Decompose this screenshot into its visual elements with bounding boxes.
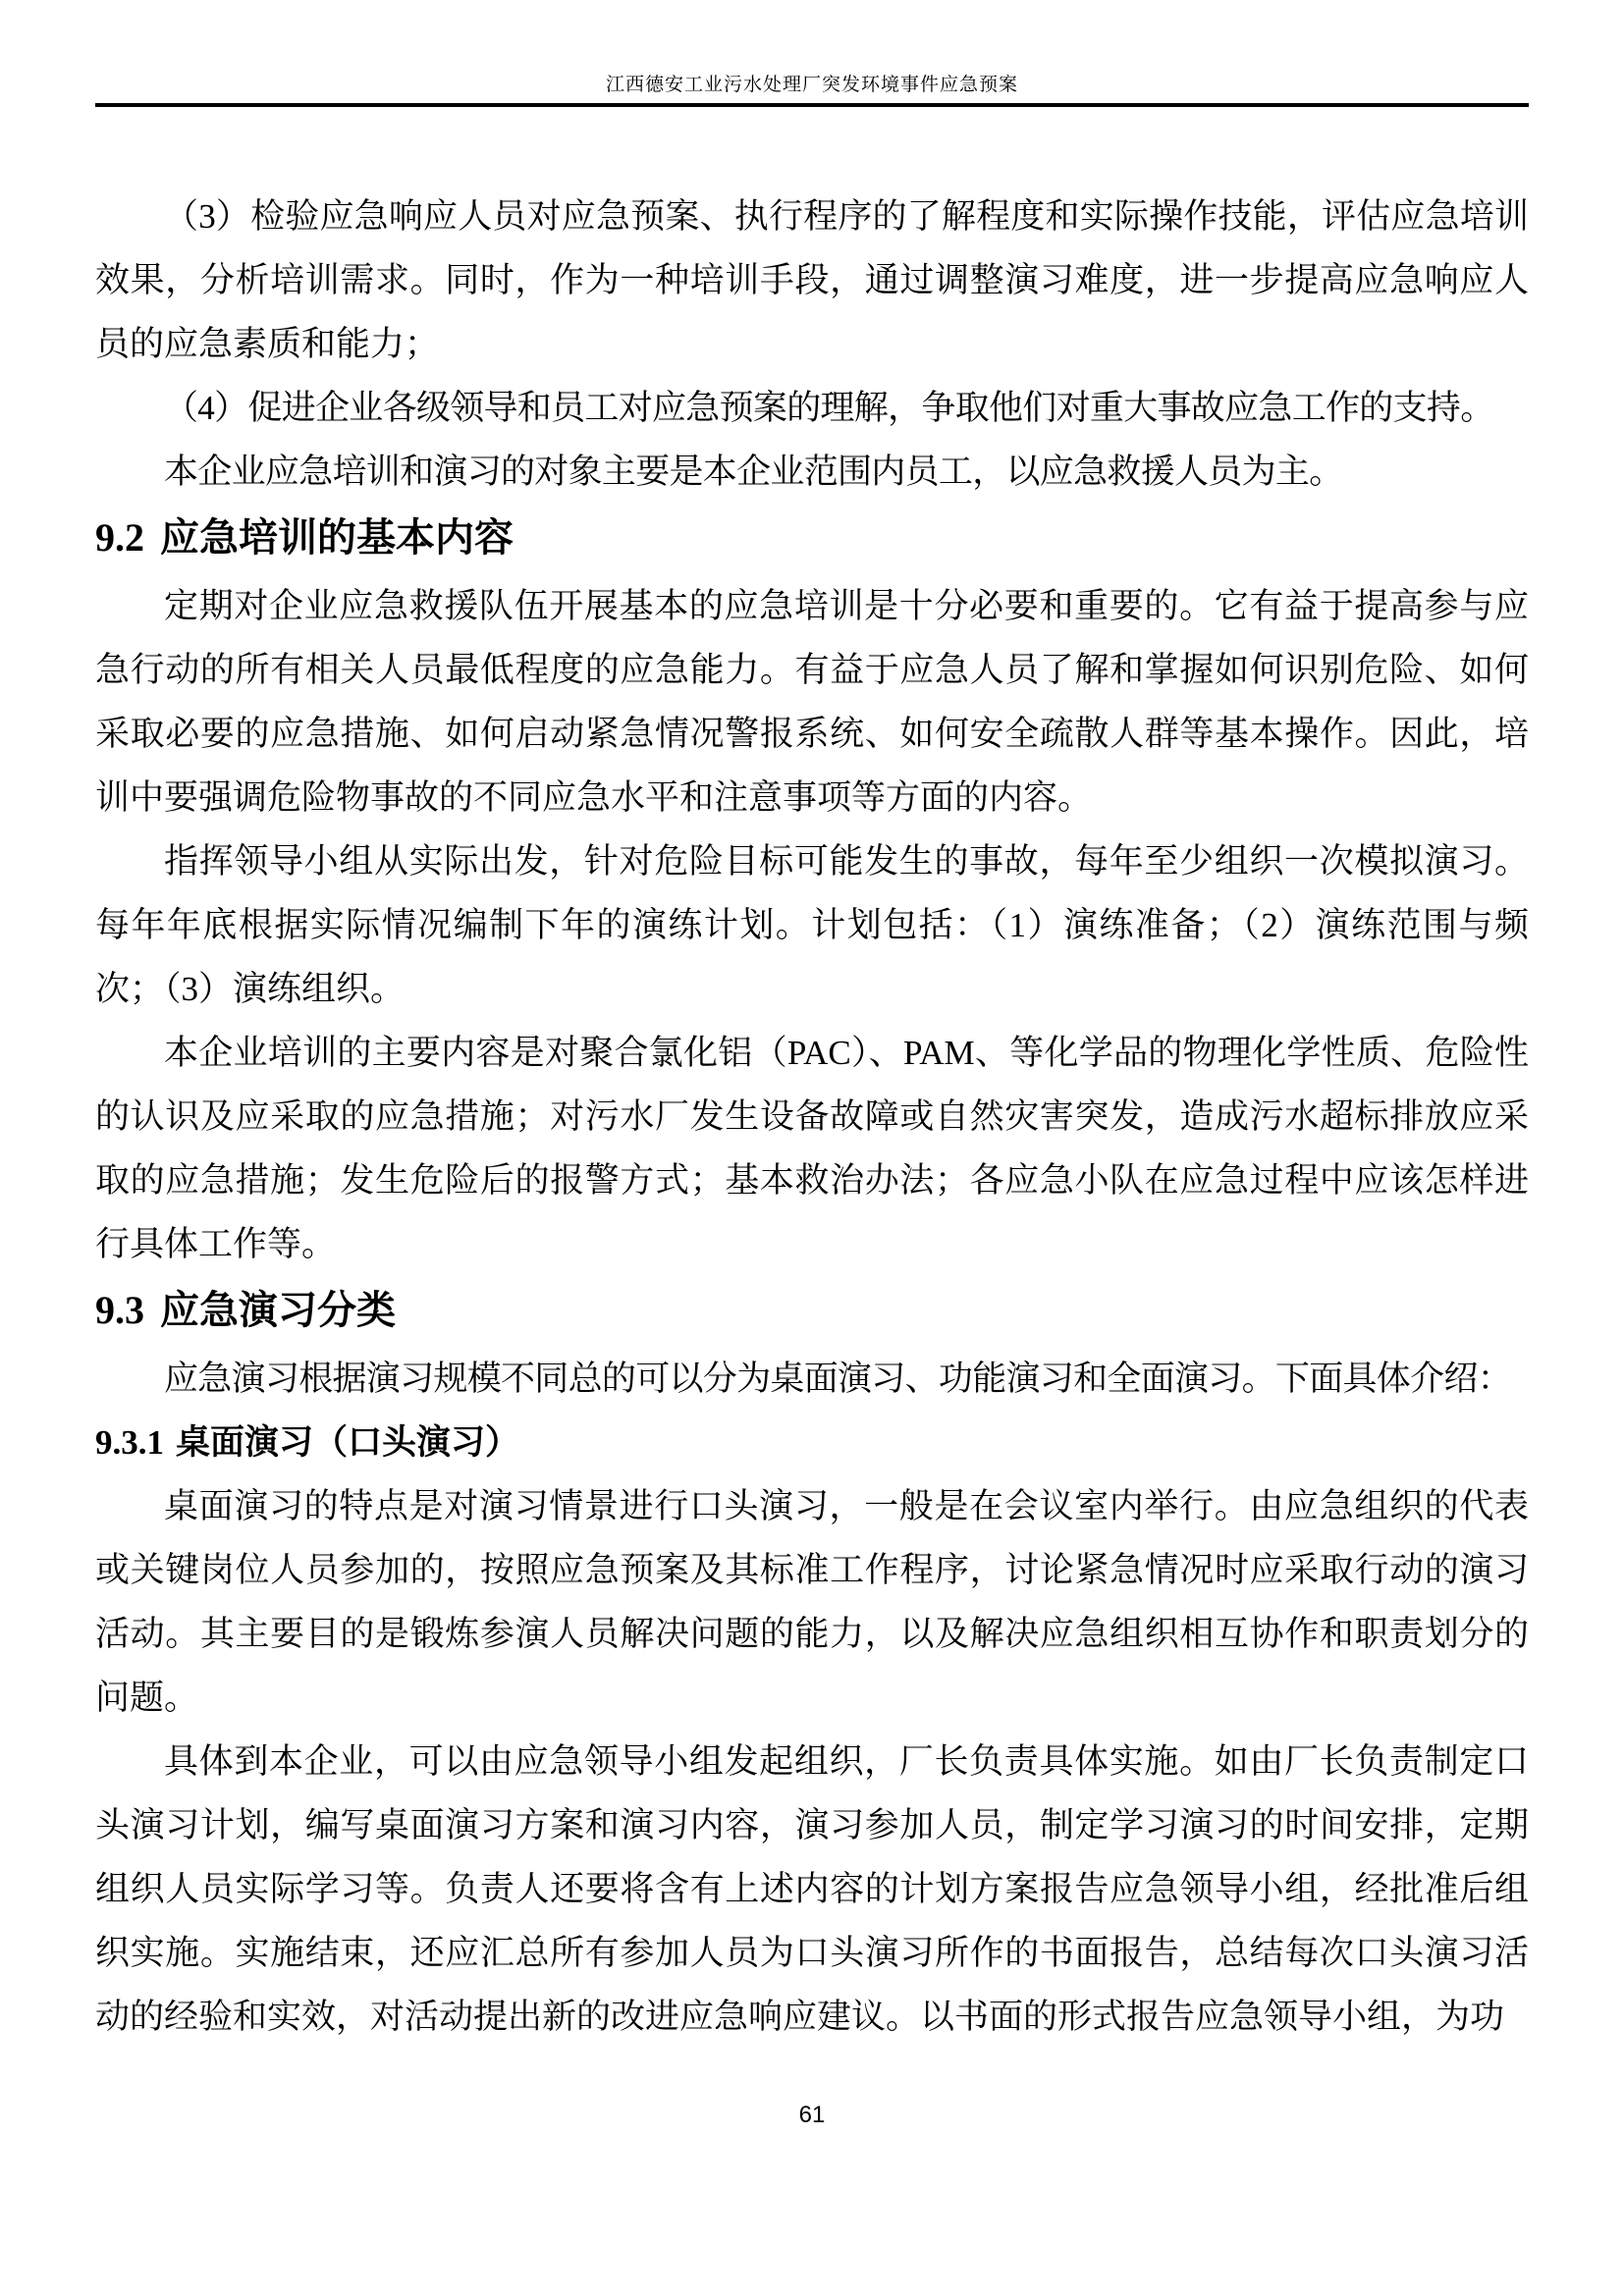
paragraph: 桌面演习的特点是对演习情景进行口头演习，一般是在会议室内举行。由应急组织的代表或… — [95, 1474, 1529, 1730]
paragraph: （3）检验应急响应人员对应急预案、执行程序的了解程度和实际操作技能，评估应急培训… — [95, 185, 1529, 376]
subsection-heading: 9.3.1桌面演习（口头演习） — [95, 1411, 1529, 1474]
paragraph: 本企业培训的主要内容是对聚合氯化铝（PAC）、PAM、等化学品的物理化学性质、危… — [95, 1021, 1529, 1276]
section-title: 应急培训的基本内容 — [160, 515, 514, 560]
page-header: 江西德安工业污水处理厂突发环境事件应急预案 — [95, 0, 1529, 107]
section-heading: 9.3应急演习分类 — [95, 1278, 1529, 1343]
document-page: 江西德安工业污水处理厂突发环境事件应急预案 （3）检验应急响应人员对应急预案、执… — [0, 0, 1624, 2296]
page-header-title: 江西德安工业污水处理厂突发环境事件应急预案 — [606, 75, 1018, 95]
section-number: 9.3.1 — [95, 1423, 164, 1462]
paragraph: 指挥领导小组从实际出发，针对危险目标可能发生的事故，每年至少组织一次模拟演习。每… — [95, 829, 1529, 1021]
page-number: 61 — [799, 2102, 826, 2128]
section-number: 9.3 — [95, 1288, 144, 1332]
section-heading: 9.2应急培训的基本内容 — [95, 506, 1529, 570]
page-footer: 61 — [0, 2103, 1624, 2128]
section-title: 桌面演习（口头演习） — [176, 1423, 519, 1462]
section-title: 应急演习分类 — [160, 1288, 396, 1332]
paragraph: 定期对企业应急救援队伍开展基本的应急培训是十分必要和重要的。它有益于提高参与应急… — [95, 574, 1529, 829]
paragraph: 具体到本企业，可以由应急领导小组发起组织，厂长负责具体实施。如由厂长负责制定口头… — [95, 1730, 1529, 2049]
paragraph: （4）促进企业各级领导和员工对应急预案的理解，争取他们对重大事故应急工作的支持。 — [95, 376, 1529, 440]
paragraph: 本企业应急培训和演习的对象主要是本企业范围内员工，以应急救援人员为主。 — [95, 440, 1529, 504]
section-number: 9.2 — [95, 515, 144, 560]
paragraph: 应急演习根据演习规模不同总的可以分为桌面演习、功能演习和全面演习。下面具体介绍： — [95, 1347, 1529, 1411]
document-body: （3）检验应急响应人员对应急预案、执行程序的了解程度和实际操作技能，评估应急培训… — [95, 107, 1529, 2049]
